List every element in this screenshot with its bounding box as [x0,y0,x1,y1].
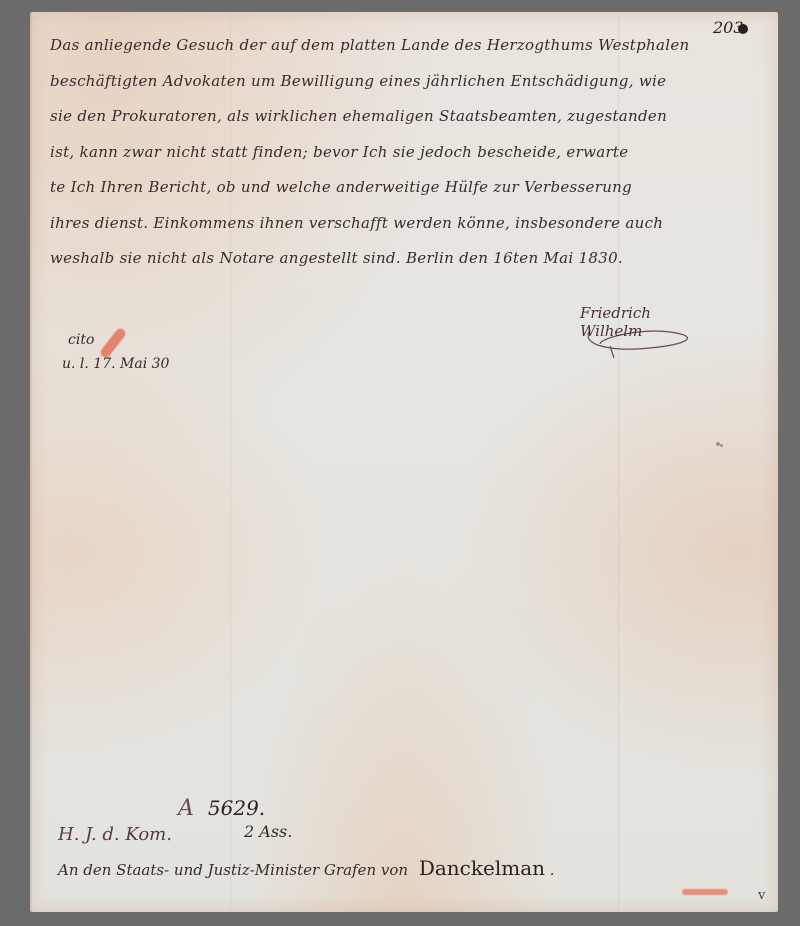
body-line: Das anliegende Gesuch der auf dem platte… [50,28,770,64]
marginal-note: cito u. l. 17. Mai 30 [62,332,169,372]
registry-number: A5629. [178,796,265,821]
signature: Friedrich Wilhelm [570,300,710,360]
body-line: sie den Prokuratoren, als wirklichen ehe… [50,99,770,135]
corner-mark: v [758,888,765,903]
registry-initials: H. J. d. Kom. [58,824,172,845]
registry-note: 2 Ass. [244,822,292,841]
body-line: weshalb sie nicht als Notare angestellt … [50,241,770,277]
red-pencil-mark [682,889,728,895]
body-line: te Ich Ihren Bericht, ob und welche ande… [50,170,770,206]
paper-stain [720,444,723,447]
addressee-name: Danckelman [419,856,545,880]
body-line: beschäftigten Advokaten um Bewilligung e… [50,64,770,100]
letter-body: Das anliegende Gesuch der auf dem platte… [50,28,770,277]
addressee-line: An den Staats- und Justiz-Minister Grafe… [58,856,555,880]
body-line: ihres dienst. Einkommens ihnen verschaff… [50,206,770,242]
body-line: ist, kann zwar nicht statt finden; bevor… [50,135,770,171]
